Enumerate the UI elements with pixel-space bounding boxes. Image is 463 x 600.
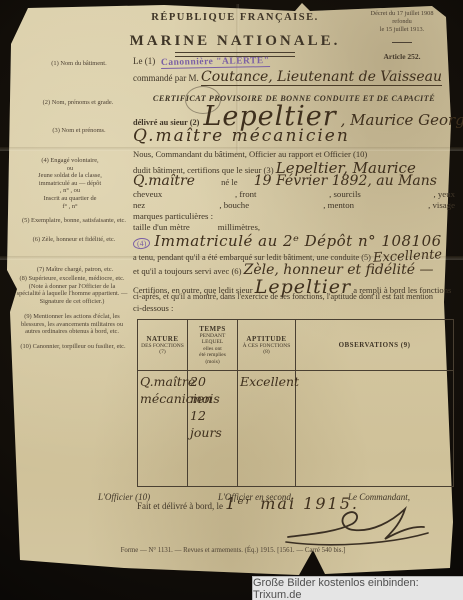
margin-note-1: (1) Nom du bâtiment. — [38, 60, 120, 68]
margin-note-5: (5) Exemplaire, bonne, satisfaisante, et… — [20, 217, 128, 225]
decree-divider — [392, 42, 412, 43]
margin-note-10: (10) Canonnier, torpilleur ou fusilier, … — [18, 343, 128, 351]
margin-note-9: (9) Mentionner les actions d'éclat, les … — [16, 313, 128, 336]
cell-aptitude: Excellent — [238, 371, 296, 487]
ship-name-stamp: Canonnière "ALERTE" — [160, 56, 269, 69]
features-row-1: cheveux , front , sourcils , yeux — [133, 189, 455, 200]
birth-line: Q.maître né le 19 Février 1892, au Mans — [133, 173, 455, 189]
cell-temps: 20 mois 12 jours — [188, 371, 238, 487]
certificate-body: Le (1) Canonnière "ALERTE" commandé par … — [133, 56, 455, 513]
dudit-line: dudit bâtiment, certifions que le sieur … — [133, 159, 455, 173]
marine-nationale-heading: MARINE NATIONALE. — [105, 33, 365, 50]
recipient-firstnames-handwritten: , Maurice Georges René, — [341, 111, 463, 129]
commander-label: commandé par M. — [133, 73, 199, 83]
height-label-post: millimètres, — [218, 222, 260, 232]
born-label: né le — [221, 177, 237, 187]
header-aptitude: APTITUDE À CES FONCTIONS (8) — [238, 320, 296, 371]
document-photo: RÉPUBLIQUE FRANÇAISE. MARINE NATIONALE. … — [0, 0, 463, 600]
service-table: NATURE DES FONCTIONS (7) TEMPS PENDANT L… — [137, 319, 454, 487]
republique-heading: RÉPUBLIQUE FRANÇAISE. — [120, 12, 350, 23]
matricule-line: (4) Immatriculé au 2ᵉ Dépôt n° 108106 — [133, 232, 455, 249]
rank-handwritten: Q.maître mécanicien — [133, 126, 350, 146]
decree-note: Décret du 17 juillet 1908 refondu le 15 … — [352, 10, 452, 34]
watermark-text: Große Bilder kostenlos einbinden: Trixum… — [253, 577, 463, 600]
circled-note-4: (4) — [132, 237, 150, 250]
matricule-handwritten: Immatriculé au 2ᵉ Dépôt n° 108106 — [154, 232, 441, 250]
birthdate-handwritten: 19 Février 1892, au Mans — [254, 173, 437, 189]
nous-line: Nous, Commandant du bâtiment, Officier a… — [133, 149, 455, 159]
margin-note-3: (3) Nom et prénoms. — [34, 127, 124, 135]
marks-label: marques particulières : — [133, 211, 455, 222]
header-nature: NATURE DES FONCTIONS (7) — [138, 320, 188, 371]
height-label-pre: taille d'un mètre — [133, 222, 190, 232]
margin-note-8: (8) Supérieure, excellente, médiocre, et… — [16, 275, 128, 305]
features-row-2: nez , bouche , menton , visage — [133, 200, 455, 211]
service-line: et qu'il a toujours servi avec (6) Zèle,… — [133, 262, 455, 276]
table-header-row: NATURE DES FONCTIONS (7) TEMPS PENDANT L… — [138, 320, 454, 371]
service-label: et qu'il a toujours servi avec (6) — [133, 266, 241, 276]
header-observations: OBSERVATIONS (9) — [296, 320, 454, 371]
commander-name-handwritten: Coutance, Lieutenant de Vaisseau — [201, 69, 442, 86]
certificate-title: CERTIFICAT PROVISOIRE DE BONNE CONDUITE … — [133, 94, 455, 103]
commander-line: commandé par M. Coutance, Lieutenant de … — [133, 69, 455, 85]
ci-dessous-line: ci-dessous : — [133, 303, 455, 314]
margin-note-4: (4) Engagé volontaire, ou Jeune soldat d… — [16, 157, 124, 210]
print-reference: Forme — N° 1131. — Revues et armements. … — [58, 547, 408, 554]
ship-label: Le (1) — [133, 56, 155, 66]
ci-apres-line: ci-après, et qu'il a montré, dans l'exer… — [133, 292, 455, 303]
watermark-banner: Große Bilder kostenlos einbinden: Trixum… — [252, 576, 463, 600]
commandant-signature-scribble — [282, 497, 432, 549]
certify-line: Certifions, en outre, que ledit sieur Le… — [133, 276, 455, 292]
header-temps: TEMPS PENDANT LEQUEL elles ont été rempl… — [188, 320, 238, 371]
conduct-label: a tenu, pendant qu'il a été embarqué sur… — [133, 253, 371, 262]
officer-label: L'Officier (10) — [98, 492, 218, 502]
margin-note-7: (7) Maître chargé, patron, etc. — [22, 266, 128, 274]
issued-label: Fait et délivré à bord, le — [137, 501, 223, 511]
margin-note-6: (6) Zèle, honneur et fidélité, etc. — [20, 236, 128, 244]
rank2-handwritten: Q.maître — [133, 173, 195, 189]
ship-line: Le (1) Canonnière "ALERTE" — [133, 56, 455, 68]
cell-observations — [296, 371, 454, 487]
commandant-signature — [282, 497, 432, 554]
round-stamp-mark — [185, 86, 221, 114]
conduct-line: a tenu, pendant qu'il a été embarqué sur… — [133, 249, 455, 262]
cell-nature: Q.maître mécanicien — [138, 371, 188, 487]
margin-note-2: (2) Nom, prénoms et grade. — [26, 99, 130, 107]
table-row: Q.maître mécanicien 20 mois 12 jours Exc… — [138, 371, 454, 487]
